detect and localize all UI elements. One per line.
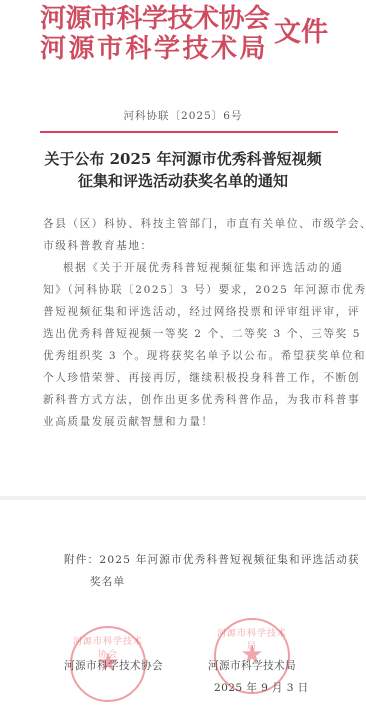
body-line: 根据《关于开展优秀科普短视频征集和评选活动的通 bbox=[43, 260, 343, 275]
issuing-org-1: 河源市科学技术协会 bbox=[40, 5, 270, 33]
doc-type-label: 文件 bbox=[274, 18, 328, 48]
body-line: 各县（区）科协、科技主管部门，市直有关单位、市级学会、 bbox=[43, 216, 366, 231]
notice-title-line1: 关于公布 2025 年河源市优秀科普短视频 bbox=[0, 148, 366, 170]
body-line: 优秀组织奖 3 个。现将获奖名单予以公布。希望获奖单位和 bbox=[43, 348, 366, 363]
signature-org-2: 河源市科学技术局 bbox=[208, 658, 296, 673]
body-line: 市级科普教育基地： bbox=[43, 238, 153, 253]
body-line: 知》（河科协联〔2025〕3 号）要求，2025 年河源市优秀科 bbox=[43, 282, 366, 297]
signature-date: 2025 年 9 月 3 日 bbox=[214, 680, 309, 695]
body-line: 业高质量发展贡献智慧和力量！ bbox=[43, 414, 214, 429]
issuing-org-2: 河源市科学技术局 bbox=[40, 35, 268, 63]
body-line: 新科普方式方法，创作出更多优秀科普作品，为我市科普事 bbox=[43, 392, 360, 407]
body-line: 个人珍惜荣誉、再接再厉，继续积极投身科普工作，不断创 bbox=[43, 370, 360, 385]
body-line: 普短视频征集和评选活动，经过网络投票和评审组评审，评 bbox=[43, 304, 360, 319]
red-divider bbox=[40, 131, 338, 133]
body-line: 选出优秀科普短视频一等奖 2 个、二等奖 3 个、三等奖 5 个， bbox=[43, 326, 366, 341]
notice-title-line2: 征集和评选活动获奖名单的通知 bbox=[0, 170, 366, 192]
signature-org-1: 河源市科学技术协会 bbox=[64, 658, 163, 673]
document-number: 河科协联〔2025〕6号 bbox=[0, 108, 366, 123]
attachment-line1: 附件：2025 年河源市优秀科普短视频征集和评选活动获 bbox=[64, 552, 360, 567]
attachment-line2: 奖名单 bbox=[90, 574, 125, 589]
page-break bbox=[0, 496, 366, 500]
